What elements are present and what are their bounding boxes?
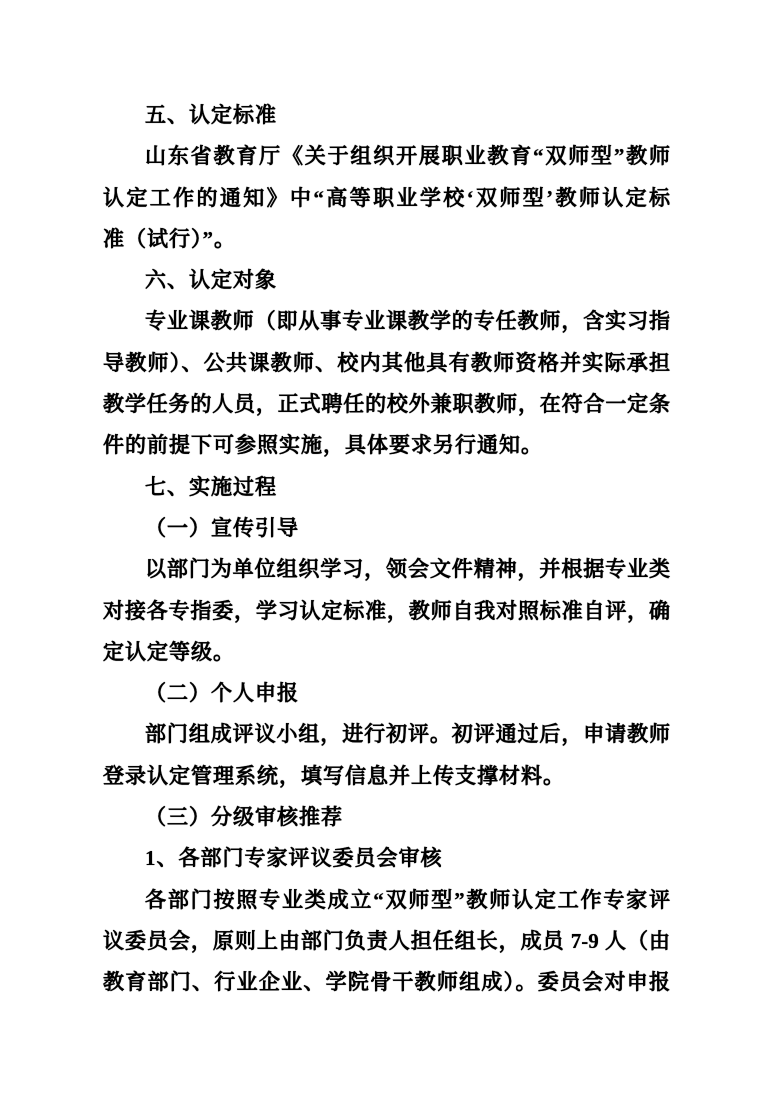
paragraph-line: 准（试行）”。: [103, 219, 670, 260]
paragraph-line: 专业课教师（即从事专业课教学的专任教师，含实习指: [103, 301, 670, 342]
document-page: 五、认定标准 山东省教育厅《关于组织开展职业教育“双师型”教师 认定工作的通知》…: [0, 0, 780, 1112]
paragraph-line: 认定工作的通知》中“高等职业学校‘双师型’教师认定标: [103, 178, 670, 219]
heading-sub-3: （三）分级审核推荐: [103, 797, 670, 838]
paragraph-line: 教育部门、行业企业、学院骨干教师组成）。委员会对申报: [103, 962, 670, 1003]
paragraph-line: 议委员会，原则上由部门负责人担任组长，成员 7-9 人（由: [103, 921, 670, 962]
paragraph-line: 部门组成评议小组，进行初评。初评通过后，申请教师: [103, 714, 670, 755]
heading-item-1: 1、各部门专家评议委员会审核: [103, 838, 670, 879]
heading-sub-2: （二）个人申报: [103, 673, 670, 714]
paragraph-line: 山东省教育厅《关于组织开展职业教育“双师型”教师: [103, 136, 670, 177]
paragraph-line: 以部门为单位组织学习，领会文件精神，并根据专业类: [103, 549, 670, 590]
paragraph-line: 件的前提下可参照实施，具体要求另行通知。: [103, 425, 670, 466]
paragraph-line: 各部门按照专业类成立“双师型”教师认定工作专家评: [103, 880, 670, 921]
paragraph-line: 教学任务的人员，正式聘任的校外兼职教师，在符合一定条: [103, 384, 670, 425]
paragraph-line: 定认定等级。: [103, 632, 670, 673]
document-body: 五、认定标准 山东省教育厅《关于组织开展职业教育“双师型”教师 认定工作的通知》…: [103, 95, 670, 1004]
heading-sub-1: （一）宣传引导: [103, 508, 670, 549]
heading-section-7: 七、实施过程: [103, 467, 670, 508]
paragraph-line: 登录认定管理系统，填写信息并上传支撑材料。: [103, 756, 670, 797]
paragraph-line: 对接各专指委，学习认定标准，教师自我对照标准自评，确: [103, 591, 670, 632]
heading-section-6: 六、认定对象: [103, 260, 670, 301]
paragraph-line: 导教师）、公共课教师、校内其他具有教师资格并实际承担: [103, 343, 670, 384]
heading-section-5: 五、认定标准: [103, 95, 670, 136]
